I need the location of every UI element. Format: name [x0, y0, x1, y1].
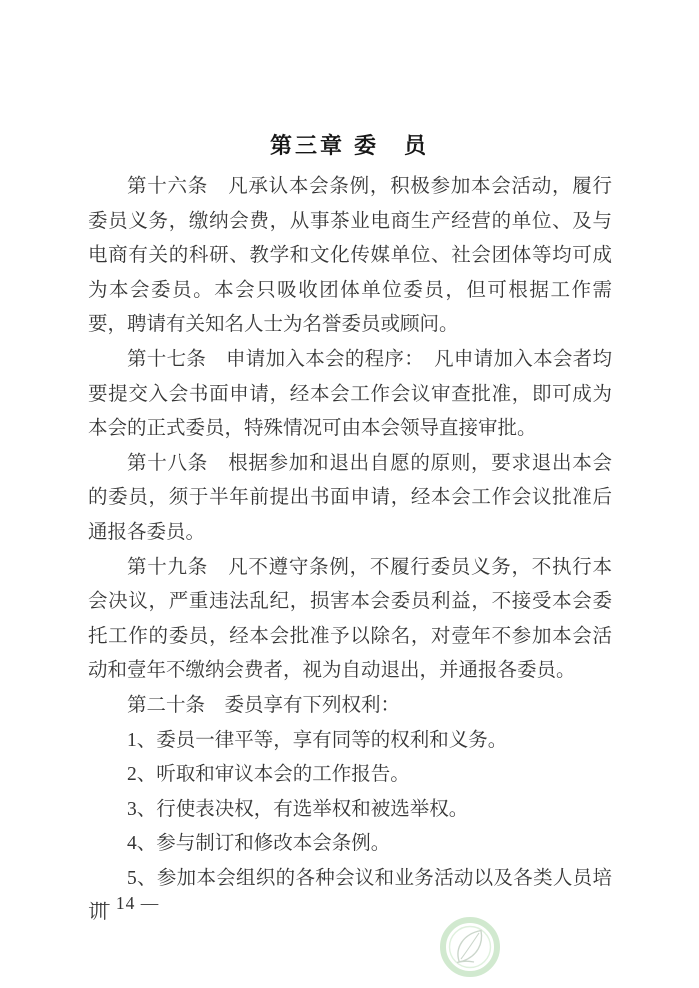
document-paragraph: 1、委员一律平等，享有同等的权利和义务。: [88, 724, 612, 759]
document-paragraph: 第十九条 凡不遵守条例，不履行委员义务，不执行本会决议，严重违法乱纪，损害本会委…: [88, 551, 612, 689]
leaf-seal-watermark-icon: [436, 913, 504, 981]
page-number: — 14 —: [92, 893, 159, 914]
document-body: 第十六条 凡承认本会条例，积极参加本会活动，履行委员义务，缴纳会费，从事茶业电商…: [88, 170, 612, 931]
document-paragraph: 第二十条 委员享有下列权利：: [88, 689, 612, 724]
document-paragraph: 2、听取和审议本会的工作报告。: [88, 758, 612, 793]
document-paragraph: 第十八条 根据参加和退出自愿的原则，要求退出本会的委员，须于半年前提出书面申请，…: [88, 447, 612, 551]
document-paragraph: 5、参加本会组织的各种会议和业务活动以及各类人员培训: [88, 862, 612, 931]
document-paragraph: 3、行使表决权，有选举权和被选举权。: [88, 793, 612, 828]
document-paragraph: 第十七条 申请加入本会的程序： 凡申请加入本会者均要提交入会书面申请，经本会工作…: [88, 343, 612, 447]
document-paragraph: 第十六条 凡承认本会条例，积极参加本会活动，履行委员义务，缴纳会费，从事茶业电商…: [88, 170, 612, 343]
document-paragraph: 4、参与制订和修改本会条例。: [88, 827, 612, 862]
chapter-title: 第三章 委 员: [0, 129, 699, 160]
document-page: 第三章 委 员 第十六条 凡承认本会条例，积极参加本会活动，履行委员义务，缴纳会…: [0, 0, 699, 988]
